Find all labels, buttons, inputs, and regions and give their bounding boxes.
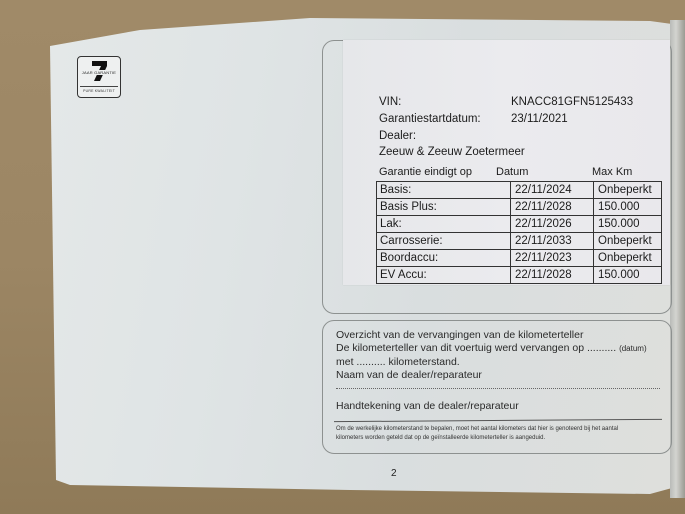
- warranty-date: 22/11/2024: [511, 182, 594, 199]
- page-number: 2: [391, 468, 397, 479]
- footnote-line1: Om de werkelijke kilometerstand te bepal…: [336, 426, 618, 432]
- table-row: Boordaccu:22/11/2023Onbeperkt: [377, 250, 662, 267]
- start-date-label: Garantiestartdatum:: [379, 113, 481, 125]
- warranty-type: Basis Plus:: [377, 199, 511, 216]
- table-row: EV Accu:22/11/2028150.000: [377, 267, 662, 284]
- warranty-type: Carrosserie:: [377, 233, 511, 250]
- logo-line2: PURE KWALITEIT: [79, 89, 119, 93]
- warranty-date: 22/11/2023: [511, 250, 594, 267]
- logo-divider: [80, 86, 118, 87]
- vin-value: KNACC81GFN5125433: [511, 96, 633, 108]
- datum-note: (datum): [619, 344, 647, 353]
- warranty-type: Boordaccu:: [377, 250, 511, 267]
- logo-line1: JAAR GARANTIE: [79, 70, 119, 75]
- warranty-date: 22/11/2028: [511, 267, 594, 284]
- header-expiry: Garantie eindigt op: [379, 166, 472, 178]
- warranty-table: Basis:22/11/2024OnbeperktBasis Plus:22/1…: [376, 181, 662, 284]
- warranty-max-km: Onbeperkt: [594, 250, 662, 267]
- header-date: Datum: [496, 166, 528, 178]
- warranty-max-km: 150.000: [594, 216, 662, 233]
- warranty-type: Lak:: [377, 216, 511, 233]
- warranty-type: Basis:: [377, 182, 511, 199]
- footnote-line2: kilometers worden geteld dat op de geïns…: [336, 435, 545, 441]
- dealer-name-field: [336, 388, 660, 389]
- warranty-logo: JAAR GARANTIE PURE KWALITEIT: [77, 56, 121, 98]
- signature-label: Handtekening van de dealer/reparateur: [336, 400, 519, 412]
- start-date-value: 23/11/2021: [511, 113, 568, 125]
- odometer-replaced-line: De kilometerteller van dit voertuig werd…: [336, 342, 647, 354]
- warranty-type: EV Accu:: [377, 267, 511, 284]
- warranty-max-km: Onbeperkt: [594, 182, 662, 199]
- warranty-max-km: 150.000: [594, 199, 662, 216]
- odometer-replaced-text: De kilometerteller van dit voertuig werd…: [336, 342, 616, 354]
- warranty-max-km: 150.000: [594, 267, 662, 284]
- table-row: Basis Plus:22/11/2028150.000: [377, 199, 662, 216]
- vin-label: VIN:: [379, 96, 401, 108]
- table-row: Carrosserie:22/11/2033Onbeperkt: [377, 233, 662, 250]
- dealer-label: Dealer:: [379, 130, 416, 142]
- warranty-date: 22/11/2033: [511, 233, 594, 250]
- warranty-max-km: Onbeperkt: [594, 233, 662, 250]
- table-row: Basis:22/11/2024Onbeperkt: [377, 182, 662, 199]
- header-max-km: Max Km: [592, 166, 632, 178]
- booklet-page-edge: [670, 20, 685, 498]
- warranty-date: 22/11/2028: [511, 199, 594, 216]
- dealer-name-label: Naam van de dealer/reparateur: [336, 369, 482, 381]
- warranty-date: 22/11/2026: [511, 216, 594, 233]
- dealer-value: Zeeuw & Zeeuw Zoetermeer: [379, 146, 525, 158]
- odometer-km-line: met .......... kilometerstand.: [336, 356, 460, 368]
- odometer-title: Overzicht van de vervangingen van de kil…: [336, 329, 583, 341]
- table-row: Lak:22/11/2026150.000: [377, 216, 662, 233]
